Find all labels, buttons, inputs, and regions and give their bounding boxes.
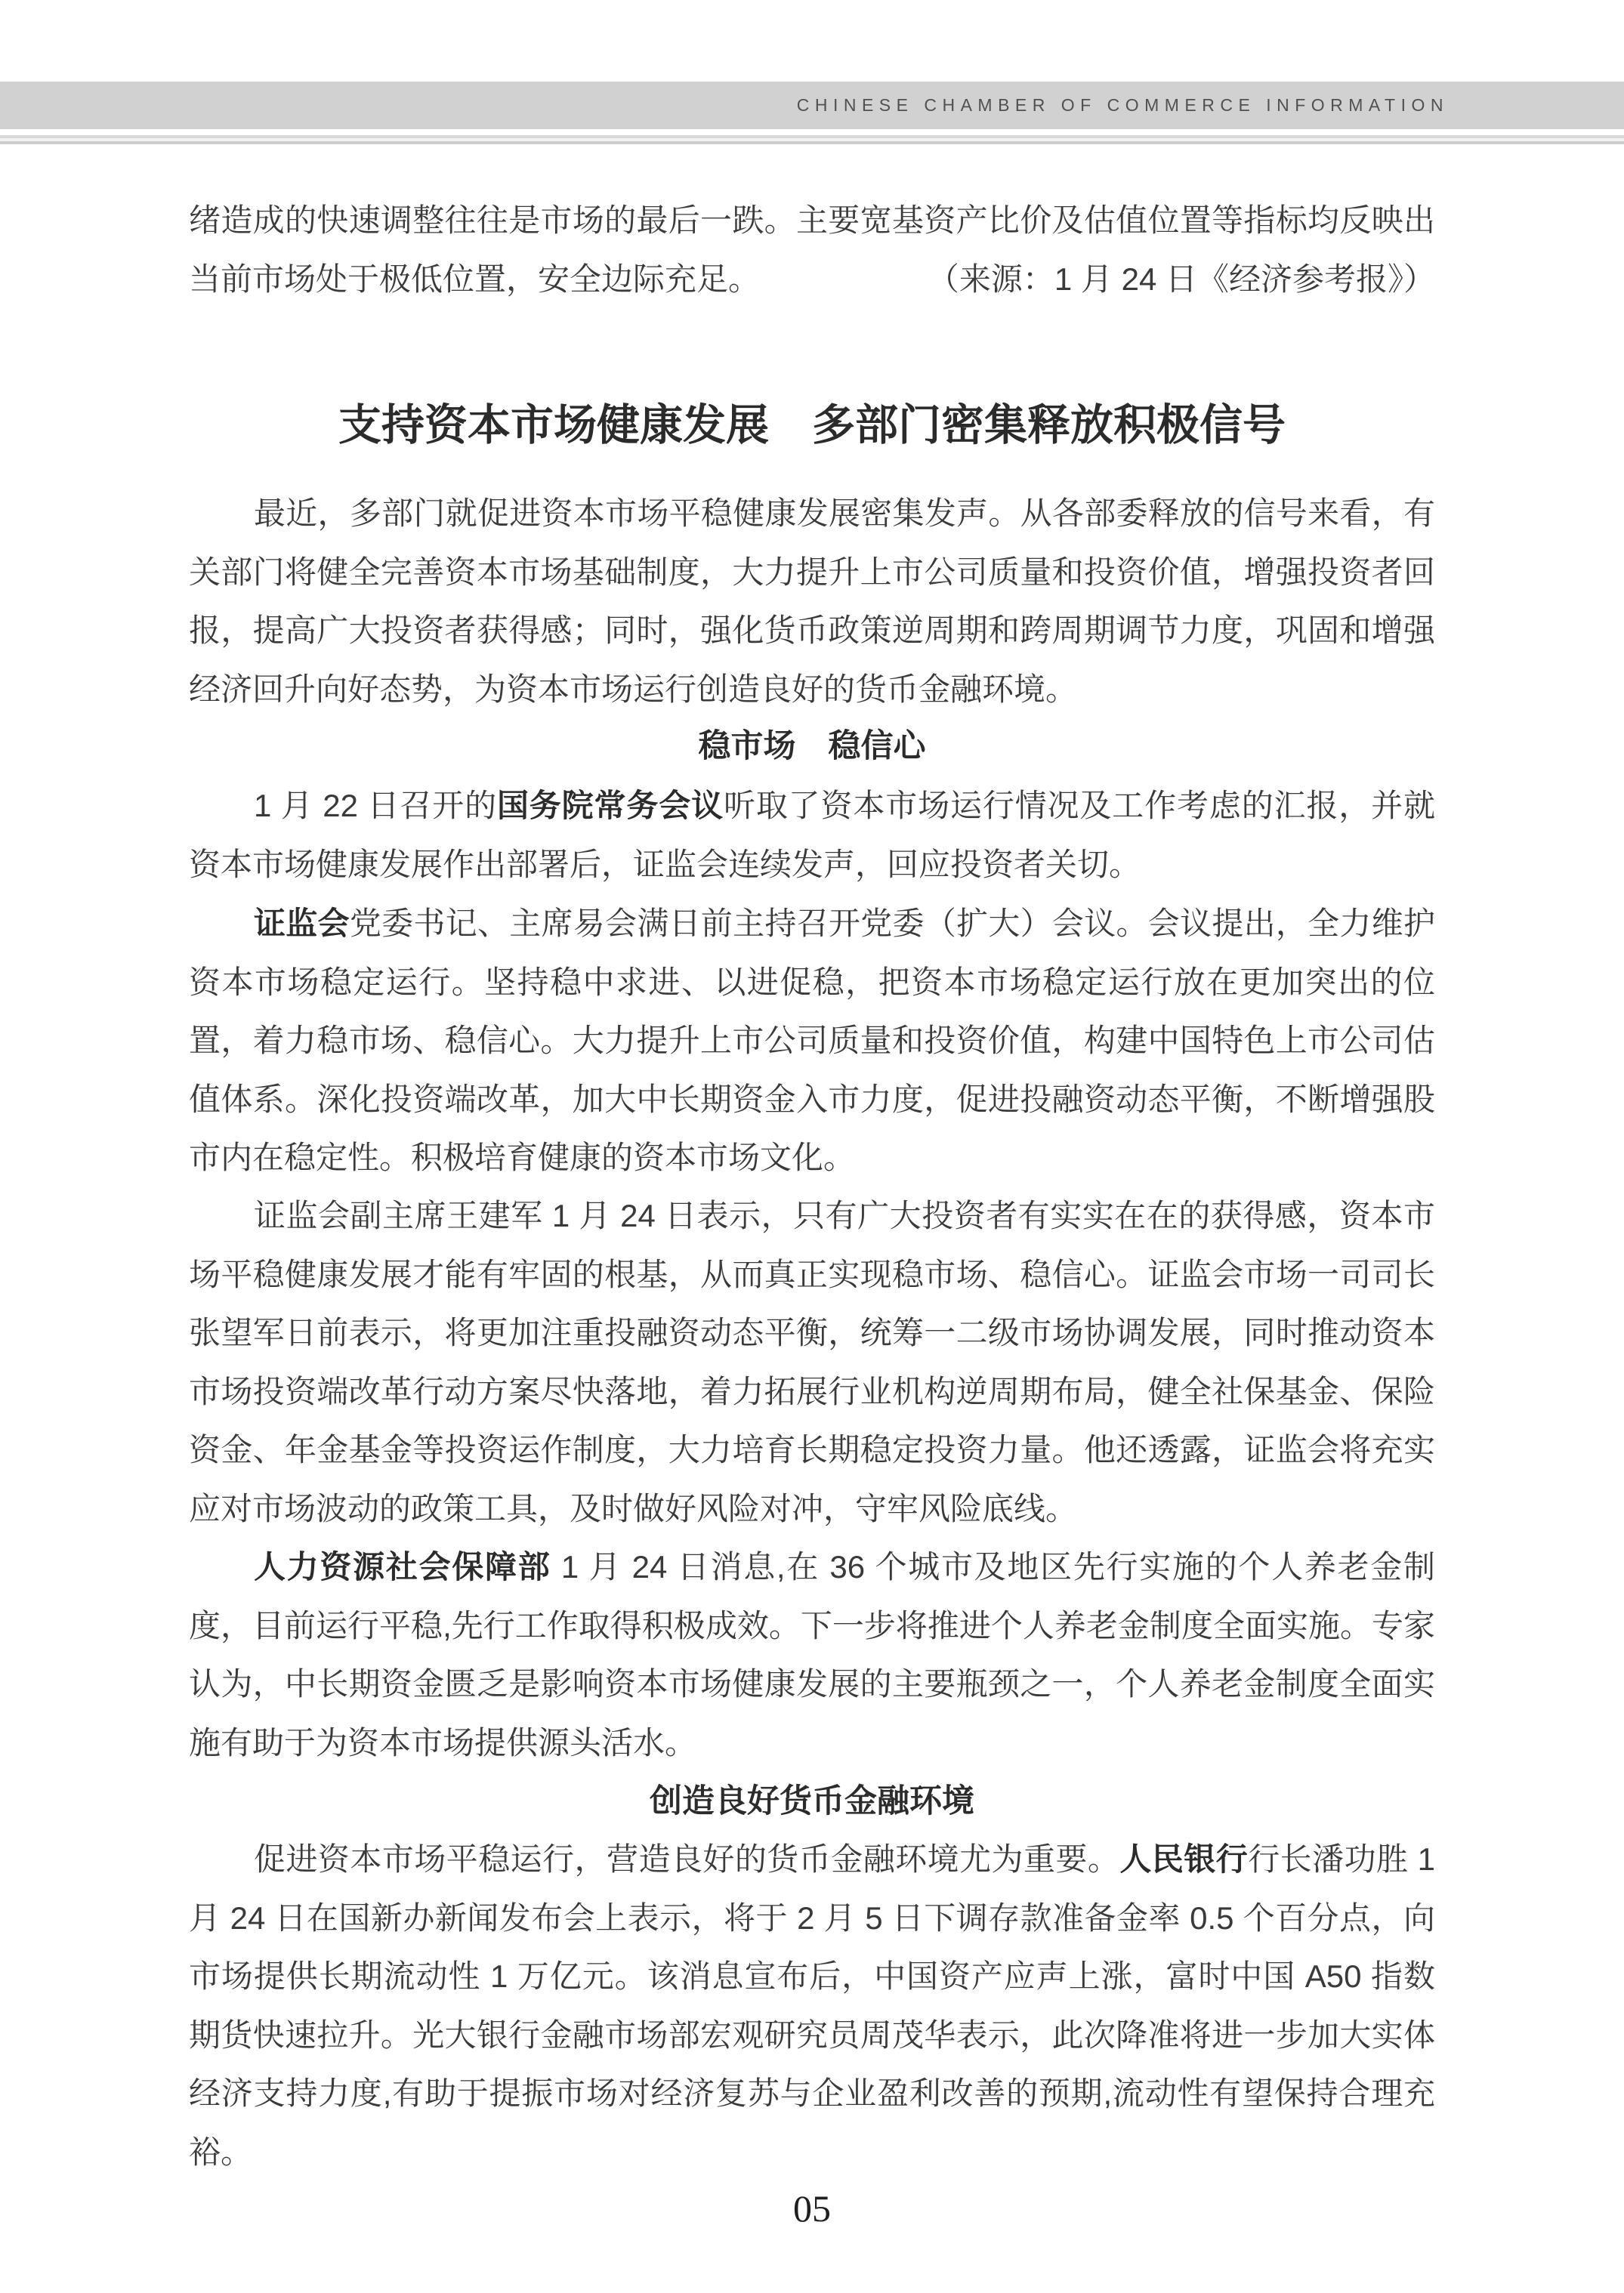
text-run: 1 月 22 日召开的 (254, 788, 497, 823)
bold-run: 人民银行 (1119, 1841, 1248, 1877)
paragraph-intro: 最近，多部门就促进资本市场平稳健康发展密集发声。从各部委释放的信号来看，有关部门… (189, 484, 1435, 718)
header-banner-title: CHINESE CHAMBER OF COMMERCE INFORMATION (797, 95, 1449, 116)
lead-line-2-text: 当前市场处于极低位置，安全边际充足。 (189, 250, 760, 309)
paragraph-pension-ministry: 人力资源社会保障部 1 月 24 日消息,在 36 个城市及地区先行实施的个人养… (189, 1538, 1435, 1772)
article-title: 支持资本市场健康发展 多部门密集释放积极信号 (0, 397, 1624, 455)
lead-paragraph: 绪造成的快速调整往往是市场的最后一跌。主要宽基资产比价及估值位置等指标均反映出 … (189, 191, 1435, 308)
bold-run: 证监会 (254, 906, 350, 941)
paragraph-state-council: 1 月 22 日召开的国务院常务会议听取了资本市场运行情况及工作考虑的汇报，并就… (189, 776, 1435, 893)
paragraph-csrc-meeting: 证监会党委书记、主席易会满日前主持召开党委（扩大）会议。会议提出，全力维护资本市… (189, 894, 1435, 1187)
bold-run: 国务院常务会议 (497, 788, 724, 823)
header-banner: CHINESE CHAMBER OF COMMERCE INFORMATION (0, 82, 1624, 129)
paragraph-pboc-rrr-cut: 促进资本市场平稳运行，营造良好的货币金融环境尤为重要。人民银行行长潘功胜 1 月… (189, 1830, 1435, 2181)
lead-source: （来源：1 月 24 日《经济参考报》） (928, 250, 1435, 309)
lead-line-2: 当前市场处于极低位置，安全边际充足。 （来源：1 月 24 日《经济参考报》） (189, 250, 1435, 309)
lead-line-1: 绪造成的快速调整往往是市场的最后一跌。主要宽基资产比价及估值位置等指标均反映出 (189, 191, 1435, 250)
header-divider-stripes (0, 135, 1624, 144)
text-run: 党委书记、主席易会满日前主持召开党委（扩大）会议。会议提出，全力维护资本市场稳定… (189, 906, 1435, 1175)
document-page: CHINESE CHAMBER OF COMMERCE INFORMATION … (0, 0, 1624, 2293)
section-heading-monetary-environment: 创造良好货币金融环境 (0, 1773, 1624, 1832)
text-run: 行长潘功胜 1 月 24 日在国新办新闻发布会上表示，将于 2 月 5 日下调存… (189, 1841, 1435, 2170)
section-heading-stabilize-market: 稳市场 稳信心 (0, 718, 1624, 776)
paragraph-csrc-officials: 证监会副主席王建军 1 月 24 日表示，只有广大投资者有实实在在的获得感，资本… (189, 1187, 1435, 1538)
bold-run: 人力资源社会保障部 (254, 1549, 551, 1585)
page-number: 05 (0, 2187, 1624, 2230)
text-run: 促进资本市场平稳运行，营造良好的货币金融环境尤为重要。 (254, 1841, 1119, 1877)
